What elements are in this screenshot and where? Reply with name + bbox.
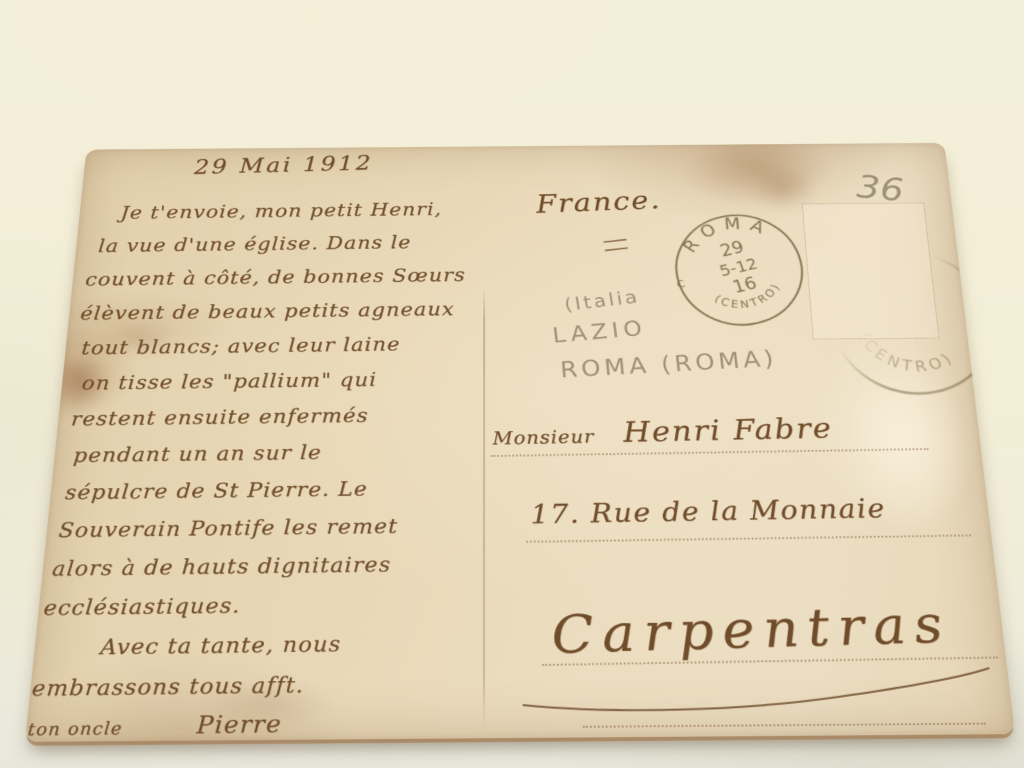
destination-country: France.	[535, 185, 662, 219]
postcard-date: 29 Mai 1912	[194, 152, 374, 180]
pencil-note-lazio: LAZIO	[551, 316, 648, 348]
postmark-year: 16	[730, 273, 760, 297]
address-dotted-line-4	[583, 723, 986, 728]
pencil-note-italia: (Italia	[563, 287, 641, 315]
address-name: Henri Fabre	[622, 411, 834, 448]
address-line-1: Monsieur Henri Fabre	[492, 411, 834, 451]
signature-prefix: ton oncle	[26, 708, 125, 742]
postmark-circle-2	[818, 237, 1005, 410]
message-line: Avec ta tante, nous	[99, 623, 518, 669]
postmark-stamp-secondary: (CENTRO)	[810, 230, 1012, 418]
photo-backdrop: 29 Mai 1912 Je t'envoie, mon petit Henri…	[0, 0, 1024, 768]
flourish-stroke	[522, 668, 993, 711]
city-flourish-underline	[517, 665, 1001, 715]
message-line: couvent à côté, de bonnes Sœurs	[84, 258, 513, 297]
message-line: la vue d'une église. Dans le	[97, 225, 513, 263]
pencil-note-roma: ROMA (ROMA)	[559, 346, 778, 383]
message-line: on tisse les "pallium" qui	[80, 361, 514, 402]
address-street: 17. Rue de la Monnaie	[530, 494, 887, 531]
message-line: restent ensuite enfermés	[69, 397, 514, 439]
address-city: Carpentras	[550, 595, 954, 666]
message-line: ecclésiastiques.	[42, 583, 518, 629]
center-divider-line	[483, 287, 485, 729]
postmark-day: 29	[717, 237, 746, 261]
message-line: élèvent de beaux petits agneaux	[79, 292, 514, 332]
address-salutation: Monsieur	[492, 426, 594, 448]
postcard: 29 Mai 1912 Je t'envoie, mon petit Henri…	[25, 143, 1015, 742]
message-line: pendant un an sur le	[72, 433, 516, 475]
address-dotted-line-2	[526, 535, 971, 543]
destination-underline	[603, 239, 628, 252]
message-line: sépulcre de St Pierre. Le	[63, 469, 515, 512]
message-text: Je t'envoie, mon petit Henri, la vue d'u…	[38, 193, 519, 742]
message-line: alors à de hauts dignitaires	[50, 545, 516, 590]
message-line: tout blancs; avec leur laine	[80, 326, 514, 366]
message-line: Souverain Pontife les remet	[57, 507, 516, 551]
signature-name: Pierre	[189, 703, 296, 742]
message-line: Je t'envoie, mon petit Henri,	[119, 193, 512, 230]
postmark-side-letter: C	[675, 277, 687, 290]
